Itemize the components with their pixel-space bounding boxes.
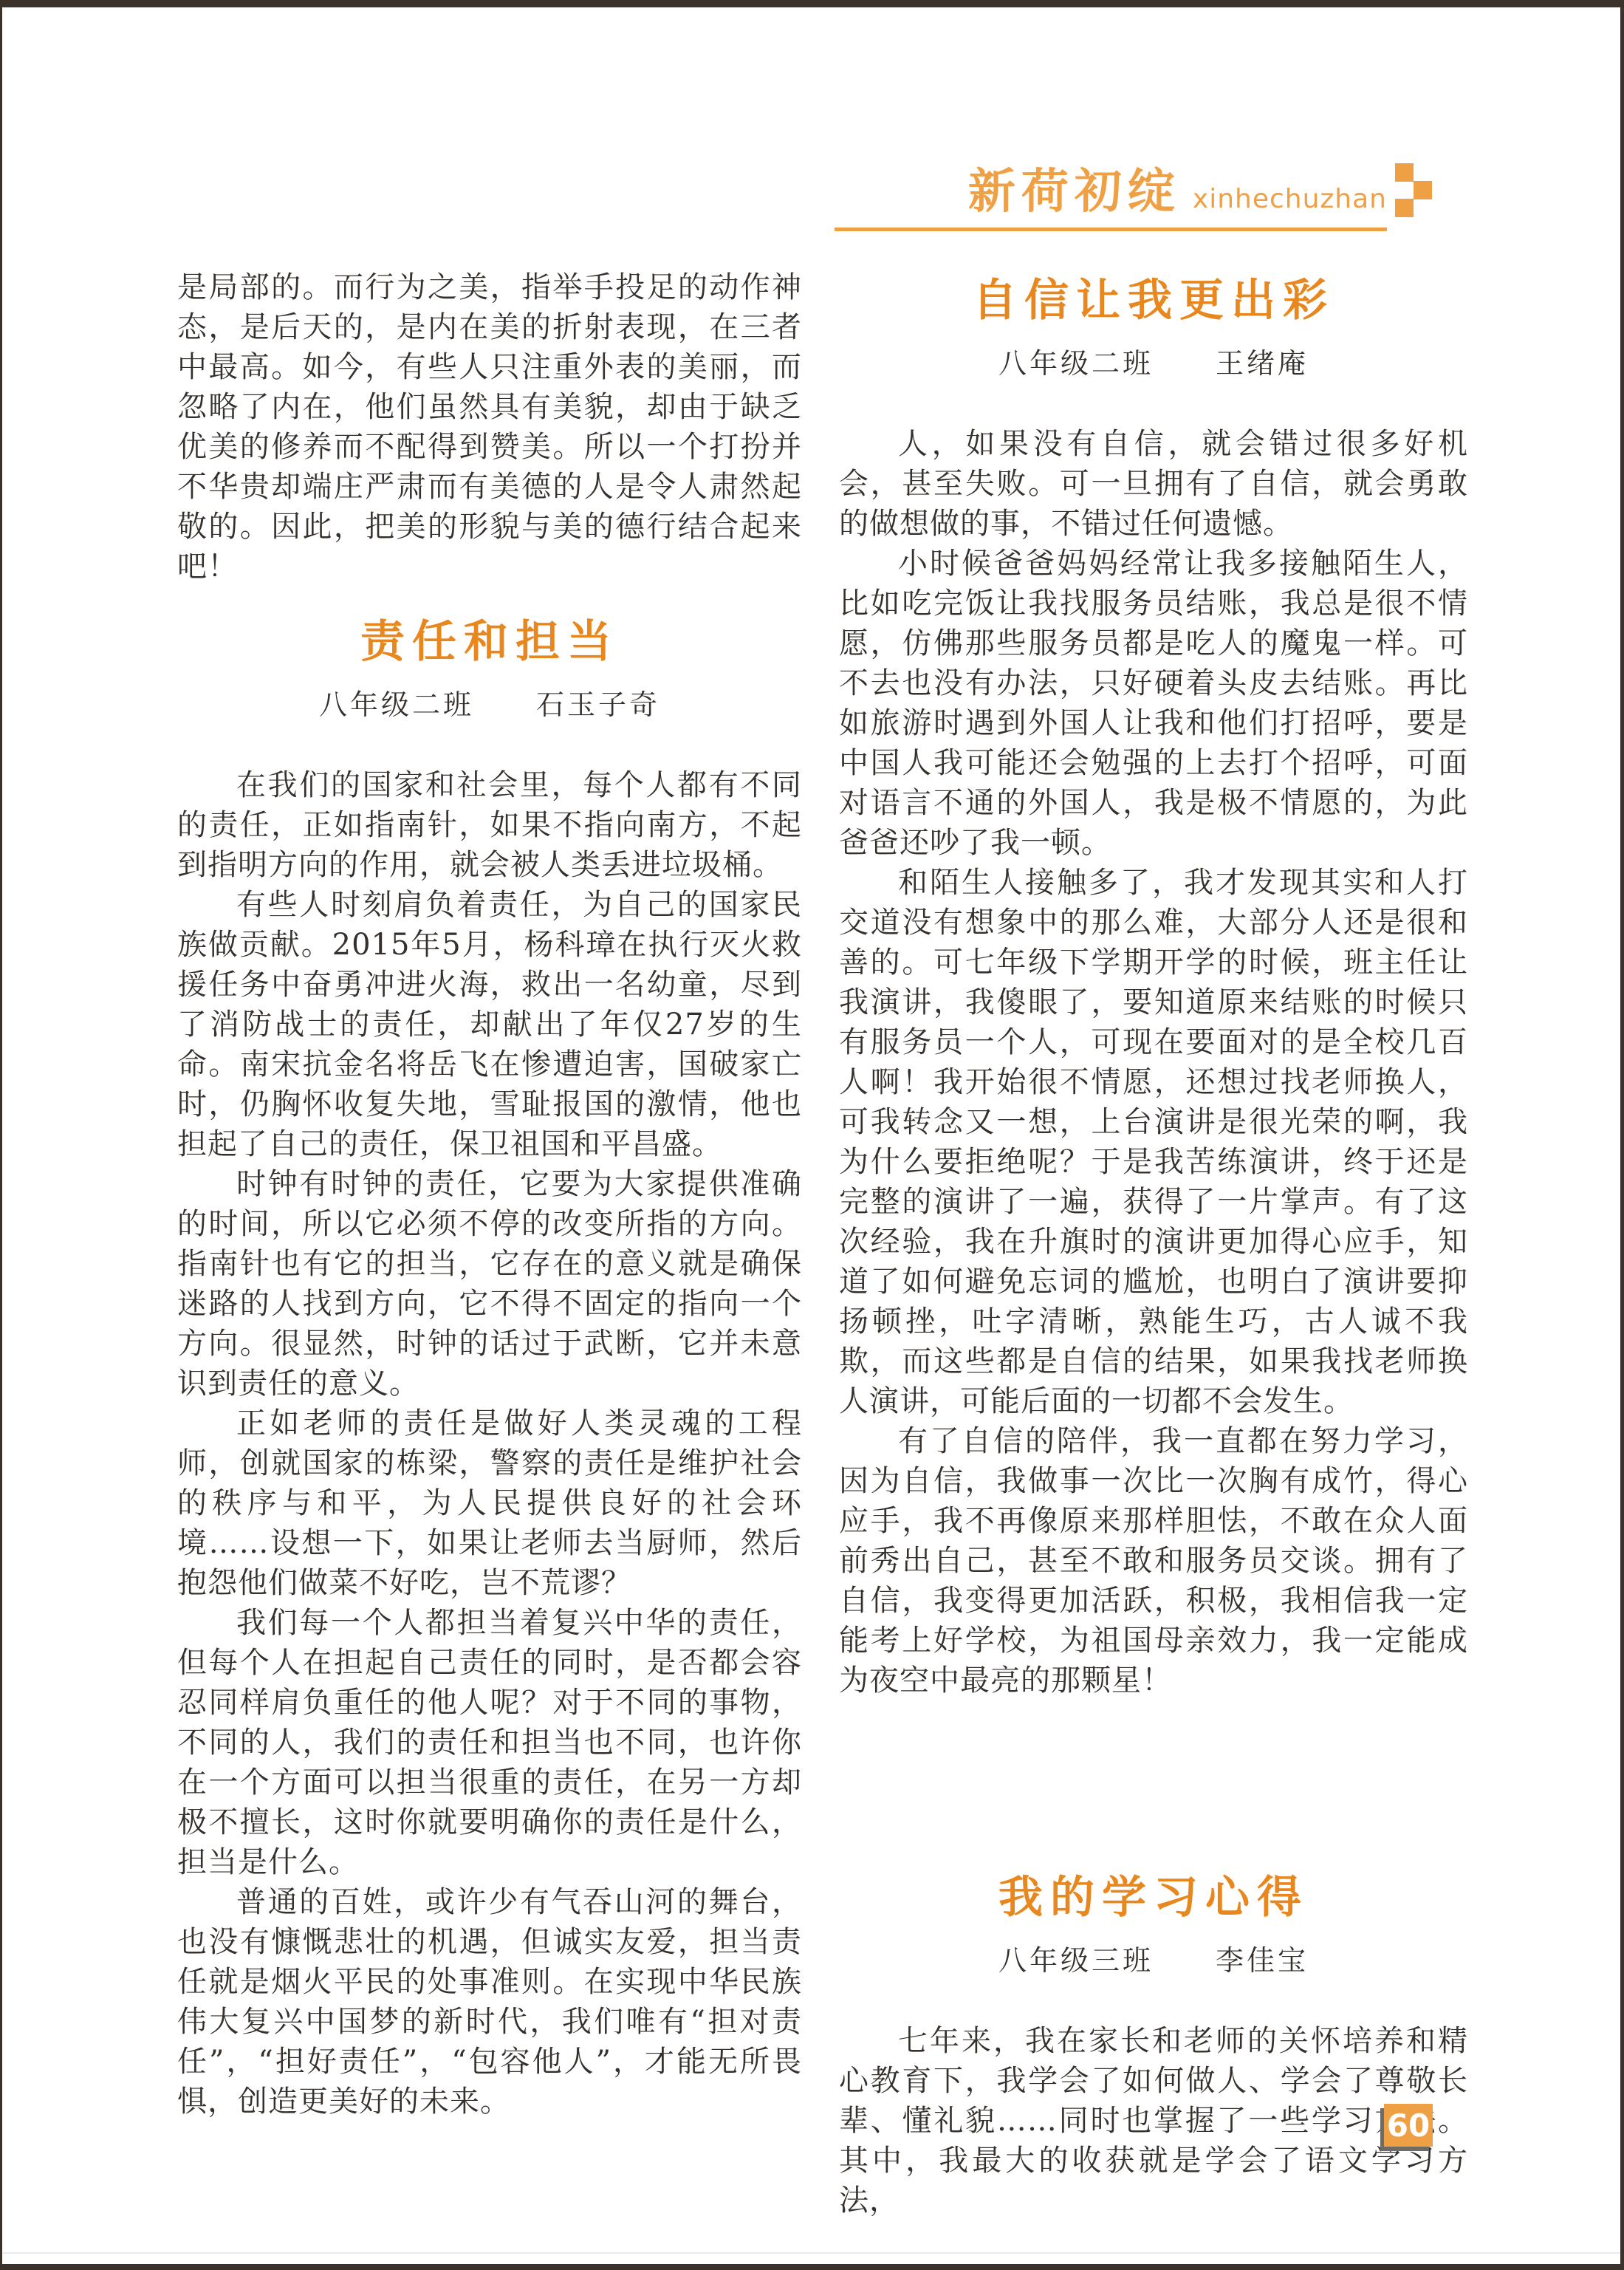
checker-square-icon — [1395, 199, 1414, 217]
brand-title: 新荷初绽 — [968, 154, 1181, 222]
article-paragraph: 有些人时刻肩负着责任，为自己的国家民族做贡献。2015年5月，杨科璋在执行灭火救… — [177, 885, 802, 1164]
brand-row: 新荷初绽 xinhechuzhan — [835, 154, 1387, 222]
article-title: 我的学习心得 — [839, 1870, 1468, 1926]
article-byline: 八年级二班 王绪庵 — [839, 341, 1468, 381]
article-study-notes: 我的学习心得 八年级三班 李佳宝 七年来，我在家长和老师的关怀培养和精心教育下，… — [839, 1870, 1468, 2221]
checker-squares-icon — [1395, 163, 1432, 218]
page-number-badge: 60 — [1384, 2104, 1433, 2147]
scan-artifact-line — [2, 2252, 1620, 2254]
article-paragraph: 在我们的国家和社会里，每个人都有不同的责任，正如指南针，如果不指向南方，不起到指… — [177, 765, 802, 885]
right-column: 自信让我更出彩 八年级二班 王绪庵 人，如果没有自信，就会错过很多好机会，甚至失… — [839, 267, 1468, 2221]
article-paragraph: 和陌生人接触多了，我才发现其实和人打交道没有想象中的那么难，大部分人还是很和善的… — [839, 863, 1468, 1421]
article-paragraph: 我们每一个人都担当着复兴中华的责任，但每个人在担起自己责任的同时，是否都会容忍同… — [177, 1603, 802, 1882]
article-paragraph: 七年来，我在家长和老师的关怀培养和精心教育下，我学会了如何做人、学会了尊敬长辈、… — [839, 2021, 1468, 2221]
article-paragraph: 小时候爸爸妈妈经常让我多接触陌生人，比如吃完饭让我找服务员结账，我总是很不情愿，… — [839, 544, 1468, 863]
article-paragraph: 人，如果没有自信，就会错过很多好机会，甚至失败。可一旦拥有了自信，就会勇敢的做想… — [839, 424, 1468, 544]
left-column: 是局部的。而行为之美，指举手投足的动作神态，是后天的，是内在美的折射表现，在三者… — [177, 267, 802, 2122]
article-title: 责任和担当 — [177, 615, 802, 670]
magazine-page: 新荷初绽 xinhechuzhan 是局部的。而行为之美，指举手投足的动作神态，… — [0, 0, 1624, 2270]
brand-pinyin: xinhechuzhan — [1193, 184, 1387, 214]
article-paragraph: 正如老师的责任是做好人类灵魂的工程师，创就国家的栋梁，警察的责任是维护社会的秩序… — [177, 1404, 802, 1603]
article-byline: 八年级三班 李佳宝 — [839, 1938, 1468, 1978]
article-confidence: 自信让我更出彩 八年级二班 王绪庵 人，如果没有自信，就会错过很多好机会，甚至失… — [839, 273, 1468, 1700]
article-paragraph: 普通的百姓，或许少有气吞山河的舞台，也没有慷慨悲壮的机遇，但诚实友爱，担当责任就… — [177, 1882, 802, 2122]
article-byline: 八年级二班 石玉子奇 — [177, 682, 802, 722]
article-paragraph: 有了自信的陪伴，我一直都在努力学习，因为自信，我做事一次比一次胸有成竹，得心应手… — [839, 1421, 1468, 1700]
header-rule — [835, 228, 1387, 231]
checker-square-icon — [1395, 163, 1414, 182]
page-header: 新荷初绽 xinhechuzhan — [835, 154, 1387, 231]
continuation-paragraph: 是局部的。而行为之美，指举手投足的动作神态，是后天的，是内在美的折射表现，在三者… — [177, 267, 802, 587]
article-paragraph: 时钟有时钟的责任，它要为大家提供准确的时间，所以它必须不停的改变所指的方向。指南… — [177, 1164, 802, 1404]
checker-square-icon — [1414, 181, 1432, 199]
article-title: 自信让我更出彩 — [839, 273, 1468, 329]
article-responsibility: 责任和担当 八年级二班 石玉子奇 在我们的国家和社会里，每个人都有不同的责任，正… — [177, 615, 802, 2122]
